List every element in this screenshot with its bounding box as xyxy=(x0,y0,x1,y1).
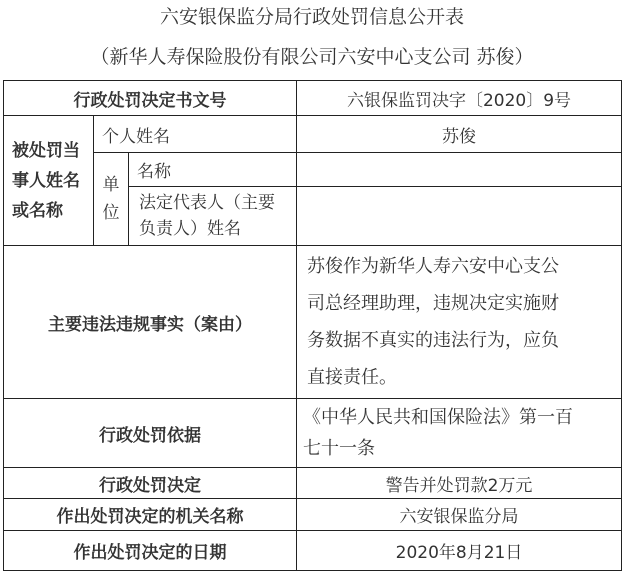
facts-value-line: 直接责任。 xyxy=(307,359,615,396)
legal-rep-label-line: 法定代表人（主要 xyxy=(139,190,290,216)
facts-value-line: 苏俊作为新华人寿六安中心支公 xyxy=(307,248,615,285)
unit-label-char: 位 xyxy=(94,199,128,227)
date-label: 作出处罚决定的日期 xyxy=(4,531,297,571)
basis-label: 行政处罚依据 xyxy=(4,399,297,468)
facts-value: 苏俊作为新华人寿六安中心支公 司总经理助理，违规决定实施财 务数据不真实的违法行… xyxy=(297,246,622,399)
basis-value: 《中华人民共和国保险法》第一百 七十一条 xyxy=(297,399,622,468)
decision-value: 警告并处罚款2万元 xyxy=(297,468,622,499)
table-row-decision: 行政处罚决定 警告并处罚款2万元 xyxy=(4,468,622,499)
page-subtitle: （新华人寿保险股份有限公司六安中心支公司 苏俊） xyxy=(0,45,624,69)
authority-label: 作出处罚决定的机关名称 xyxy=(4,499,297,531)
party-group-label-line: 事人姓名 xyxy=(12,166,93,196)
facts-value-line: 务数据不真实的违法行为，应负 xyxy=(307,322,615,359)
basis-value-line: 七十一条 xyxy=(303,433,615,464)
unit-label: 单 位 xyxy=(94,153,129,246)
penalty-info-table: 行政处罚决定书文号 六银保监罚决字〔2020〕9号 被处罚当 事人姓名 或名称 … xyxy=(3,80,622,571)
table-row-unit-name: 单 位 名称 xyxy=(4,153,622,187)
unit-name-label: 名称 xyxy=(129,153,297,187)
date-value: 2020年8月21日 xyxy=(297,531,622,571)
table-row-date: 作出处罚决定的日期 2020年8月21日 xyxy=(4,531,622,571)
table-row-decision-number: 行政处罚决定书文号 六银保监罚决字〔2020〕9号 xyxy=(4,81,622,116)
decision-number-value: 六银保监罚决字〔2020〕9号 xyxy=(297,81,622,116)
individual-name-value: 苏俊 xyxy=(297,116,622,153)
facts-label: 主要违法违规事实（案由） xyxy=(4,246,297,399)
unit-label-char: 单 xyxy=(94,171,128,199)
legal-rep-label-line: 负责人）姓名 xyxy=(139,216,290,242)
legal-rep-label: 法定代表人（主要 负责人）姓名 xyxy=(129,187,297,246)
basis-value-line: 《中华人民共和国保险法》第一百 xyxy=(303,402,615,433)
facts-value-line: 司总经理助理，违规决定实施财 xyxy=(307,285,615,322)
table-row-facts: 主要违法违规事实（案由） 苏俊作为新华人寿六安中心支公 司总经理助理，违规决定实… xyxy=(4,246,622,399)
page-title: 六安银保监分局行政处罚信息公开表 xyxy=(0,5,624,29)
decision-label: 行政处罚决定 xyxy=(4,468,297,499)
party-group-label-line: 被处罚当 xyxy=(12,136,93,166)
authority-value: 六安银保监分局 xyxy=(297,499,622,531)
table-row-basis: 行政处罚依据 《中华人民共和国保险法》第一百 七十一条 xyxy=(4,399,622,468)
table-row-authority: 作出处罚决定的机关名称 六安银保监分局 xyxy=(4,499,622,531)
party-group-label-line: 或名称 xyxy=(12,196,93,226)
unit-name-value xyxy=(297,153,622,187)
table-row-individual: 被处罚当 事人姓名 或名称 个人姓名 苏俊 xyxy=(4,116,622,153)
legal-rep-value xyxy=(297,187,622,246)
individual-name-label: 个人姓名 xyxy=(94,116,297,153)
decision-number-label: 行政处罚决定书文号 xyxy=(4,81,297,116)
party-group-label: 被处罚当 事人姓名 或名称 xyxy=(4,116,94,246)
